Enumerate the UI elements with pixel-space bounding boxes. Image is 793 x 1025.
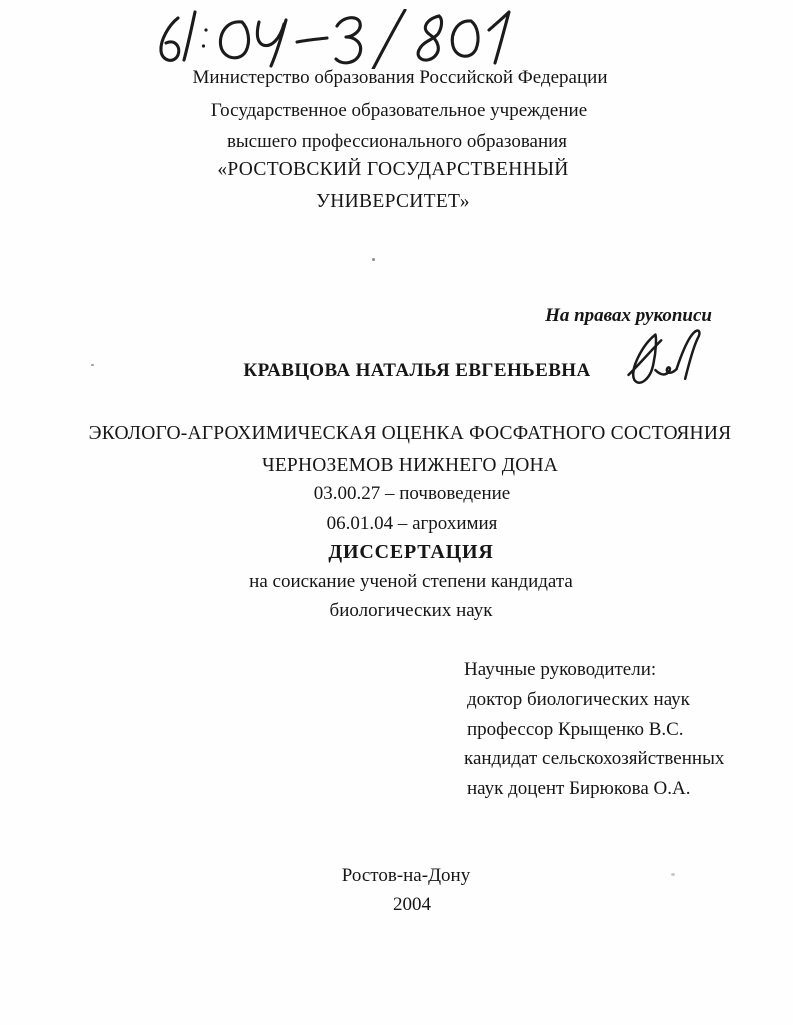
- dissertation-title-line-1: ЭКОЛОГО-АГРОХИМИЧЕСКАЯ ОЦЕНКА ФОСФАТНОГО…: [89, 423, 732, 445]
- dissertation-title-line-2: ЧЕРНОЗЕМОВ НИЖНЕГО ДОНА: [262, 455, 558, 477]
- publication-year: 2004: [393, 894, 431, 916]
- scan-speck: [671, 873, 675, 876]
- supervisor-line: профессор Крыщенко В.С.: [464, 715, 724, 745]
- supervisors-block: Научные руководители: доктор биологическ…: [464, 655, 724, 804]
- university-name-line-1: «РОСТОВСКИЙ ГОСУДАРСТВЕННЫЙ: [217, 159, 568, 181]
- institution-line-2: высшего профессионального образования: [227, 131, 567, 153]
- dissertation-title-page: Министерство образования Российской Феде…: [0, 0, 793, 1025]
- scan-speck: [91, 364, 94, 366]
- handwritten-signature: [615, 325, 715, 397]
- specialty-code-2: 06.01.04 – агрохимия: [327, 513, 498, 535]
- ministry-line: Министерство образования Российской Феде…: [193, 67, 608, 89]
- supervisor-line: кандидат сельскохозяйственных: [464, 744, 724, 774]
- supervisor-line: наук доцент Бирюкова О.А.: [464, 774, 724, 804]
- publication-city: Ростов-на-Дону: [342, 865, 470, 887]
- document-type-heading: ДИССЕРТАЦИЯ: [328, 541, 493, 564]
- supervisor-line: доктор биологических наук: [464, 685, 724, 715]
- manuscript-rights-note: На правах рукописи: [545, 305, 712, 327]
- handwritten-catalog-number: [157, 9, 517, 69]
- institution-line-1: Государственное образовательное учрежден…: [211, 100, 587, 122]
- university-name-line-2: УНИВЕРСИТЕТ»: [316, 191, 470, 213]
- degree-line-1: на соискание ученой степени кандидата: [249, 571, 573, 593]
- specialty-code-1: 03.00.27 – почвоведение: [314, 483, 511, 505]
- scan-speck: [372, 258, 375, 261]
- supervisors-heading: Научные руководители:: [464, 655, 724, 685]
- author-name: КРАВЦОВА НАТАЛЬЯ ЕВГЕНЬЕВНА: [243, 360, 590, 382]
- degree-line-2: биологических наук: [330, 600, 493, 622]
